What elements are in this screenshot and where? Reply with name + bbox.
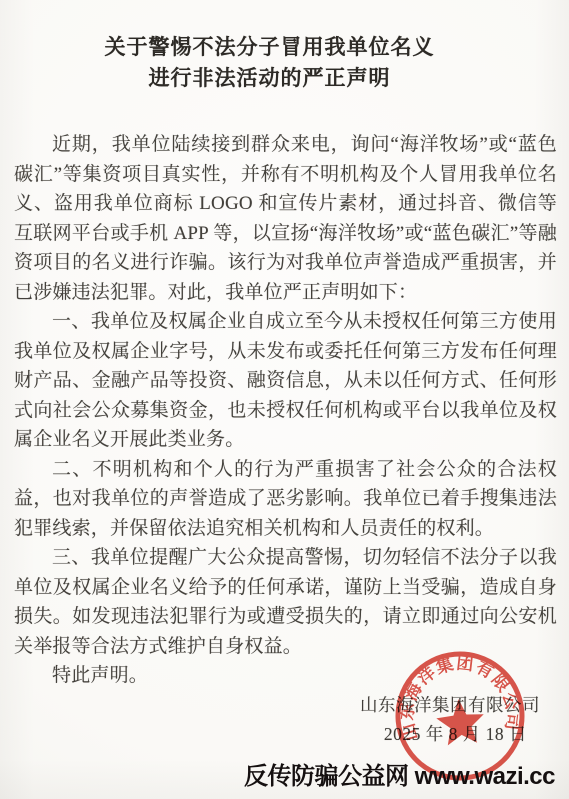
paragraph-intro: 近期，我单位陆续接到群众来电，询问“海洋牧场”或“蓝色碳汇”等集资项目真实性，并… [14, 130, 557, 307]
watermark-text: 反传防骗公益网 www.wazi.cc [244, 756, 555, 791]
seal-star-icon [435, 697, 486, 746]
paragraph-item-2: 二、不明机构和个人的行为严重损害了社会公众的合法权益，也对我单位的声誉造成了恶劣… [14, 455, 557, 544]
page-title: 关于警惕不法分子冒用我单位名义 进行非法活动的严正声明 [0, 32, 554, 94]
title-line-1: 关于警惕不法分子冒用我单位名义 [0, 32, 554, 63]
paragraph-item-1: 一、我单位及权属企业自成立至今从未授权任何第三方使用我单位及权属企业字号，从未发… [14, 307, 557, 455]
document-page: 关于警惕不法分子冒用我单位名义 进行非法活动的严正声明 近期，我单位陆续接到群众… [0, 0, 569, 799]
statement-body: 近期，我单位陆续接到群众来电，询问“海洋牧场”或“蓝色碳汇”等集资项目真实性，并… [14, 130, 557, 691]
title-line-2: 进行非法活动的严正声明 [0, 63, 554, 94]
